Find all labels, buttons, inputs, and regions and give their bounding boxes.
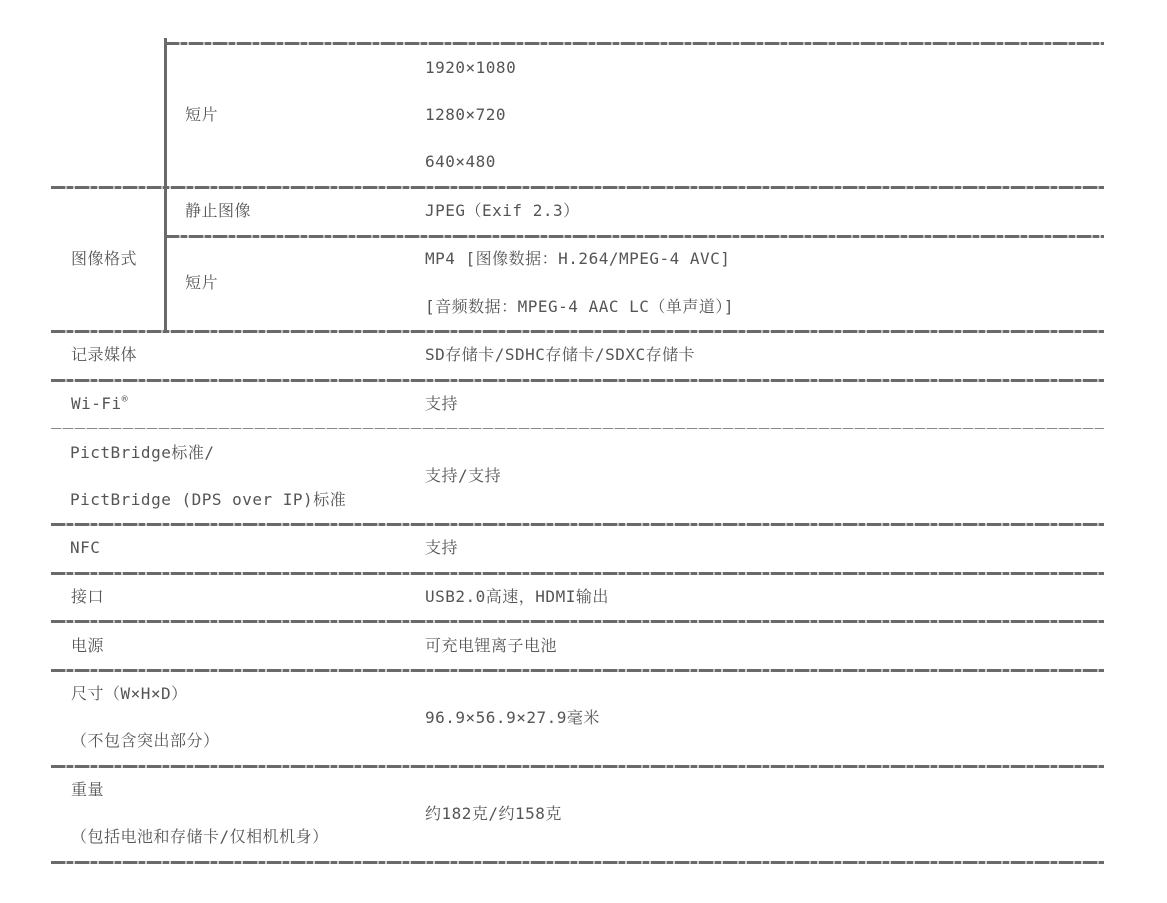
label-dimensions-line1: 尺寸（W×H×D）: [71, 684, 188, 704]
resolution-value: 1920×1080: [425, 58, 516, 78]
row-divider: [51, 620, 1104, 623]
row-divider: [51, 669, 1104, 672]
row-divider: [51, 523, 1104, 526]
value-recording-media: SD存储卡/SDHC存储卡/SDXC存储卡: [425, 345, 695, 365]
value-interface: USB2.0高速，HDMI输出: [425, 587, 609, 607]
label-dimensions-line2: （不包含突出部分）: [71, 731, 220, 751]
row-divider: [51, 428, 1104, 429]
sub-label-movie: 短片: [185, 105, 218, 125]
resolution-value: 1280×720: [425, 105, 506, 125]
group-label-image-format: 图像格式: [71, 249, 137, 269]
row-divider: [51, 330, 1104, 333]
value-weight: 约182克/约158克: [425, 804, 562, 824]
value-nfc: 支持: [425, 538, 458, 558]
value-power: 可充电锂离子电池: [425, 636, 557, 656]
still-image-format-value: JPEG（Exif 2.3）: [425, 201, 580, 221]
label-interface: 接口: [71, 587, 104, 607]
label-weight-line1: 重量: [71, 780, 104, 800]
group-column-divider: [164, 38, 167, 331]
movie-audio-value: [音频数据：MPEG-4 AAC LC（单声道）]: [425, 297, 734, 317]
label-wifi-text: Wi-Fi: [71, 394, 122, 413]
label-pictbridge-line1: PictBridge标准/: [70, 443, 214, 463]
row-divider: [51, 572, 1104, 575]
label-weight-line2: （包括电池和存储卡/仅相机机身）: [71, 827, 329, 847]
value-pictbridge: 支持/支持: [425, 466, 501, 486]
label-recording-media: 记录媒体: [71, 345, 137, 365]
registered-mark: ®: [122, 394, 129, 405]
label-power: 电源: [71, 636, 104, 656]
row-divider: [51, 765, 1104, 768]
row-divider: [165, 42, 1104, 45]
value-wifi: 支持: [425, 394, 458, 414]
sub-label-still-image: 静止图像: [185, 201, 251, 221]
row-divider: [51, 861, 1104, 864]
label-wifi: Wi-Fi®: [71, 394, 128, 414]
value-dimensions: 96.9×56.9×27.9毫米: [425, 708, 600, 728]
resolution-value: 640×480: [425, 152, 496, 172]
row-divider: [51, 186, 1104, 189]
label-nfc: NFC: [70, 538, 100, 558]
sub-label-movie-format: 短片: [185, 273, 218, 293]
movie-format-value: MP4 [图像数据：H.264/MPEG-4 AVC]: [425, 249, 730, 269]
row-divider: [51, 379, 1104, 382]
label-pictbridge-line2: PictBridge (DPS over IP)标准: [70, 490, 346, 510]
row-divider: [165, 235, 1104, 238]
